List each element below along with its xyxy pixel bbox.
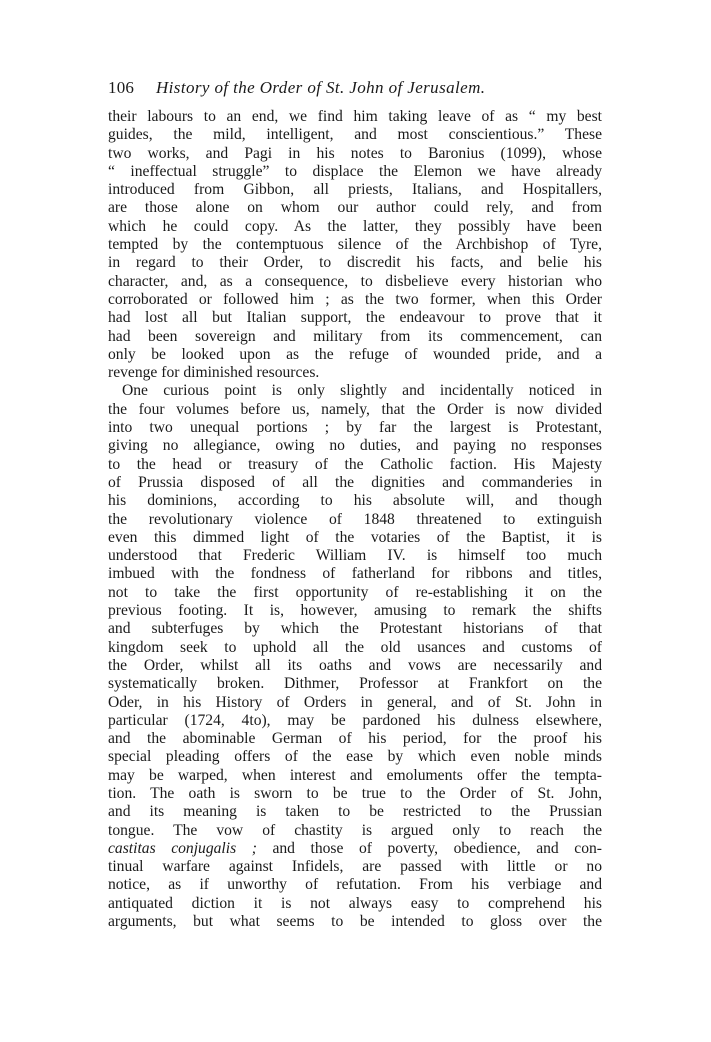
text-line: kingdom seek to uphold all the old usanc… xyxy=(108,639,602,657)
text-line: tempted by the contemptuous silence of t… xyxy=(108,236,602,254)
text-line: special pleading offers of the ease by w… xyxy=(108,748,602,766)
body-text: their labours to an end, we find him tak… xyxy=(108,108,602,931)
text-line: tinual warfare against Infidels, are pas… xyxy=(108,858,602,876)
text-line: character, and, as a consequence, to dis… xyxy=(108,273,602,291)
italic-phrase: castitas conjugalis ; xyxy=(108,840,257,857)
text-line: the revolutionary violence of 1848 threa… xyxy=(108,511,602,529)
text-line: previous footing. It is, however, amusin… xyxy=(108,602,602,620)
text-line: to the head or treasury of the Catholic … xyxy=(108,456,602,474)
text-line: understood that Frederic William IV. is … xyxy=(108,547,602,565)
text-line: may be warped, when interest and emolume… xyxy=(108,767,602,785)
text-line: giving no allegiance, owing no duties, a… xyxy=(108,437,602,455)
text-line: introduced from Gibbon, all priests, Ita… xyxy=(108,181,602,199)
text-line: revenge for diminished resources. xyxy=(108,364,602,382)
text-line: two works, and Pagi in his notes to Baro… xyxy=(108,145,602,163)
text-line: had been sovereign and military from its… xyxy=(108,328,602,346)
text-line: Oder, in his History of Orders in genera… xyxy=(108,694,602,712)
text-line: only be looked upon as the refuge of wou… xyxy=(108,346,602,364)
text-line: his dominions, according to his absolute… xyxy=(108,492,602,510)
text-line: the four volumes before us, namely, that… xyxy=(108,401,602,419)
text-line: guides, the mild, intelligent, and most … xyxy=(108,126,602,144)
text-line: particular (1724, 4to), may be pardoned … xyxy=(108,712,602,730)
text-line: are those alone on whom our author could… xyxy=(108,199,602,217)
text-line: notice, as if unworthy of refutation. Fr… xyxy=(108,876,602,894)
text-line: corroborated or followed him ; as the tw… xyxy=(108,291,602,309)
text-line-with-italic: castitas conjugalis ; and those of pover… xyxy=(108,840,602,858)
text-line: not to take the first opportunity of re-… xyxy=(108,584,602,602)
book-page: 106 History of the Order of St. John of … xyxy=(108,78,602,931)
text-line: arguments, but what seems to be intended… xyxy=(108,913,602,931)
text-line: tion. The oath is sworn to be true to th… xyxy=(108,785,602,803)
text-line: and the abominable German of his period,… xyxy=(108,730,602,748)
text-line: the Order, whilst all its oaths and vows… xyxy=(108,657,602,675)
text-line: and subterfuges by which the Protestant … xyxy=(108,620,602,638)
text-line: even this dimmed light of the votaries o… xyxy=(108,529,602,547)
text-line: “ ineffectual struggle” to displace the … xyxy=(108,163,602,181)
paragraph-1: their labours to an end, we find him tak… xyxy=(108,108,602,382)
page-number: 106 xyxy=(108,78,156,98)
text-line: which he could copy. As the latter, they… xyxy=(108,218,602,236)
text-line: into two unequal portions ; by far the l… xyxy=(108,419,602,437)
text-line: systematically broken. Dithmer, Professo… xyxy=(108,675,602,693)
text-line: in regard to their Order, to discredit h… xyxy=(108,254,602,272)
text-line: and its meaning is taken to be restricte… xyxy=(108,803,602,821)
text-line: imbued with the fondness of fatherland f… xyxy=(108,565,602,583)
text-line: tongue. The vow of chastity is argued on… xyxy=(108,822,602,840)
running-title: History of the Order of St. John of Jeru… xyxy=(156,78,485,98)
text-line: One curious point is only slightly and i… xyxy=(108,382,602,400)
paragraph-2: One curious point is only slightly and i… xyxy=(108,382,602,931)
text-line: antiquated diction it is not always easy… xyxy=(108,895,602,913)
text-fragment: and those of poverty, obedience, and con… xyxy=(257,840,602,857)
text-line: their labours to an end, we find him tak… xyxy=(108,108,602,126)
running-head: 106 History of the Order of St. John of … xyxy=(108,78,602,106)
text-line: had lost all but Italian support, the en… xyxy=(108,309,602,327)
text-line: of Prussia disposed of all the dignities… xyxy=(108,474,602,492)
